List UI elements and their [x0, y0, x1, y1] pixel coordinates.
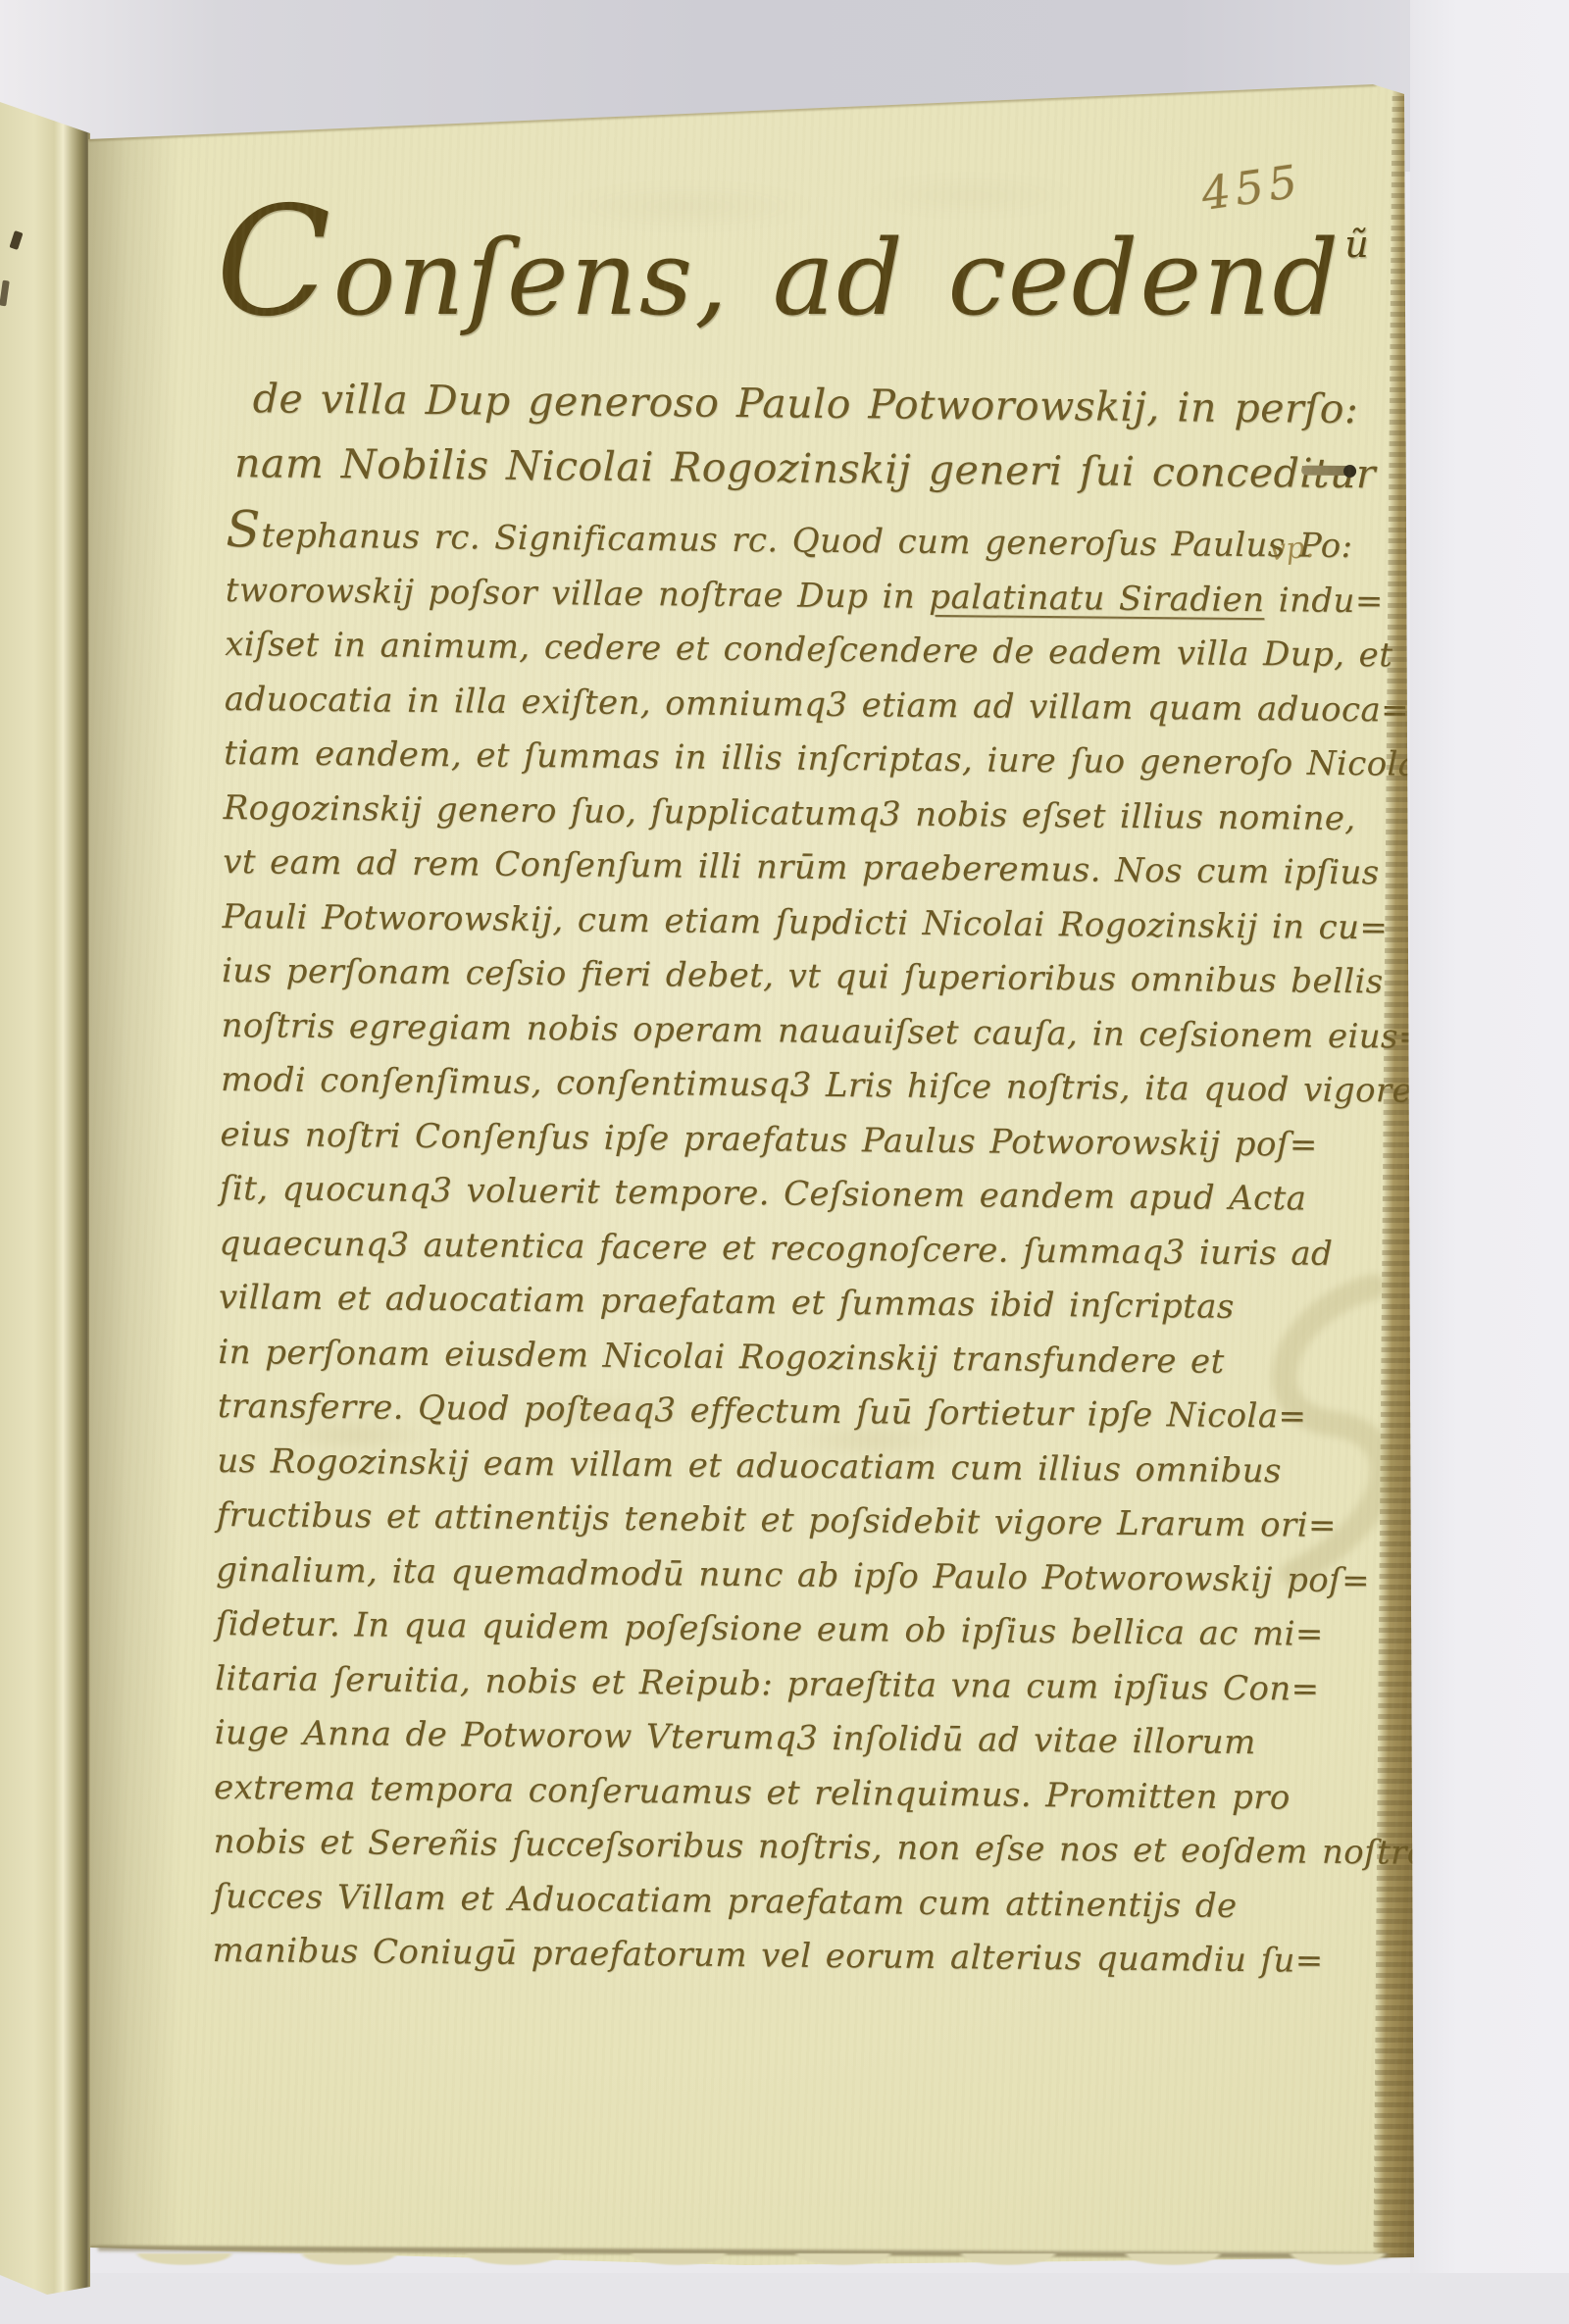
body-line: extrema tempora conſeruamus et relinquim… — [214, 1767, 1312, 1832]
body-line: ſidetur. In qua quidem poſeſsione eum ob… — [215, 1604, 1313, 1669]
body-line: vt eam ad rem Conſenſum illi nrūm praebe… — [223, 842, 1321, 907]
title-text: onſens, ad cedend — [333, 218, 1341, 338]
body-line: fructibus et attinentijs tenebit et poſs… — [216, 1495, 1314, 1560]
body-line: Rogozinskij genero ſuo, ſupplicatumq3 no… — [223, 787, 1321, 852]
ink-speck — [0, 280, 10, 307]
body-line: ius perſonam ceſsio fieri debet, vt qui … — [222, 951, 1320, 1016]
gutter-shadow — [86, 78, 179, 2280]
subtitle-line-1: de villa Dup generoso Paulo Potworowskij… — [253, 375, 1359, 432]
title-superscript: ũ — [1344, 223, 1368, 266]
margin-note: vp. — [1268, 530, 1315, 568]
body-line: us Rogozinskij eam villam et aduocatiam … — [217, 1440, 1315, 1505]
title-initial: C — [216, 175, 333, 350]
body-text: Stephanus rc. Significamus rc. Quod cum … — [212, 516, 1324, 1996]
body-line: Stephanus rc. Significamus rc. Quod cum … — [226, 516, 1324, 581]
page-number: 455 — [1198, 154, 1305, 221]
line-initial: S — [226, 501, 262, 559]
body-line: tworowskij poſsor villae noſtrae Dup in … — [226, 571, 1324, 635]
body-line: xiſset in animum, cedere et condeſcender… — [225, 625, 1323, 689]
body-line: eius noſtri Conſenſus ipſe praefatus Pau… — [220, 1114, 1318, 1179]
page-edges-scallop — [102, 2253, 1396, 2295]
body-line: in perſonam eiusdem Nicolai Rogozinskij … — [218, 1332, 1316, 1396]
bleedthrough-text — [245, 1343, 1030, 1510]
body-line: transferre. Quod poſteaq3 effectum ſuū ſ… — [218, 1387, 1316, 1451]
body-line: ſucces Villam et Aduocatiam praefatam cu… — [213, 1876, 1311, 1941]
bleedthrough-swash — [1216, 1275, 1422, 1608]
body-line: manibus Coniugū praefatorum vel eorum al… — [212, 1931, 1310, 1996]
script-block: de villa Dup generoso Paulo Potworowskij… — [40, 76, 1429, 2291]
body-line: tiam eandem, et ſummas in illis inſcript… — [224, 733, 1322, 798]
subtitle-line-2: nam Nobilis Nicolai Rogozinskij generi ſ… — [234, 439, 1376, 497]
scanner-background-right — [1410, 0, 1569, 2324]
body-line: noſtris egregiam nobis operam nauauiſset… — [221, 1005, 1319, 1070]
left-page-edge — [0, 0, 90, 2324]
body-line: Pauli Potworowskij, cum etiam ſupdicti N… — [222, 896, 1320, 961]
body-line: modi conſenſimus, conſentimusq3 Lris hiſ… — [221, 1060, 1319, 1125]
ink-speck — [9, 230, 23, 250]
body-line: nobis et Sereñis ſucceſsoribus noſtris, … — [213, 1822, 1311, 1887]
bleedthrough-smudge — [500, 147, 1128, 255]
body-line: ginalium, ita quemadmodū nunc ab ipſo Pa… — [216, 1549, 1314, 1614]
text-layer: 455 Conſens, ad cedendũ de villa Dup gen… — [59, 78, 1427, 2280]
body-line: iuge Anna de Potworow Vterumq3 inſolidū … — [214, 1713, 1312, 1778]
body-line: litaria ſeruitia, nobis et Reipub: praeſ… — [215, 1658, 1313, 1723]
body-line: ſit, quocunq3 voluerit tempore. Ceſsione… — [220, 1169, 1318, 1234]
body-line: aduocatia in illa exiſten, omniumq3 etia… — [224, 680, 1322, 744]
manuscript-page: 455 Conſens, ad cedendũ de villa Dup gen… — [59, 78, 1427, 2280]
body-line: quaecunq3 autentica facere et recognoſce… — [219, 1223, 1317, 1288]
manuscript-scan: 455 Conſens, ad cedendũ de villa Dup gen… — [0, 0, 1569, 2324]
ink-dash-mark — [1301, 466, 1352, 476]
body-line: villam et aduocatiam praefatam et ſummas… — [219, 1278, 1317, 1342]
page-title: Conſens, ad cedendũ — [216, 226, 1369, 330]
